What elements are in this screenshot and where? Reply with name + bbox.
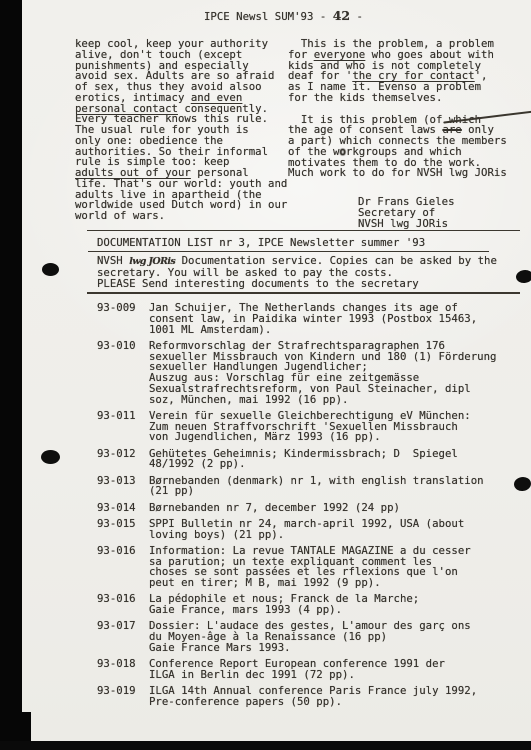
paragraph: It is this problem (of whichthe age of c… xyxy=(288,115,528,180)
item-number: 93-015 xyxy=(97,519,136,541)
item-number: 93-011 xyxy=(97,411,136,443)
list-item: 93-016Information: La revue TANTALE MAGA… xyxy=(97,546,527,589)
text-segment: Børnebanden (denmark) nr 1, with english… xyxy=(149,474,484,487)
text-line: ILGA in Berlin dec 1991 (72 pp). xyxy=(149,670,527,681)
list-item: 93-012Gehütetes Geheimnis; Kindermissbra… xyxy=(97,449,527,471)
text-line: Gaie France, mars 1993 (4 pp). xyxy=(149,605,527,616)
scanned-page: { "colors": {"paper": "#f0efeb", "ink": … xyxy=(0,0,531,750)
text-segment: for the kids themselves. xyxy=(288,91,442,104)
doc-list: 93-009Jan Schuijer, The Netherlands chan… xyxy=(97,303,527,713)
item-number: 93-016 xyxy=(97,546,136,589)
page-header-suffix: - xyxy=(350,10,363,23)
text-segment: peut en tirer; M B, mai 1992 (9 pp). xyxy=(149,576,381,589)
item-number: 93-016 xyxy=(97,594,136,616)
text-segment: Gaie France Mars 1993. xyxy=(149,641,291,654)
text-line: loving boys) (21 pp). xyxy=(149,530,527,541)
list-item: 93-018Conference Report European confere… xyxy=(97,659,527,681)
text-line: 1001 ML Amsterdam). xyxy=(149,325,527,336)
text-line: Much work to do for NVSH lwg JORis xyxy=(288,168,528,179)
text-line: NVSH lwg JORis xyxy=(358,219,528,230)
text-segment: 1001 ML Amsterdam). xyxy=(149,323,271,336)
text-segment: loving boys) (21 pp). xyxy=(149,528,284,541)
text-line: peut en tirer; M B, mai 1992 (9 pp). xyxy=(149,578,527,589)
text-segment: von Jugendlichen, März 1993 (16 pp). xyxy=(149,430,381,443)
text-segment: Pre-conference papers (50 pp). xyxy=(149,695,342,708)
item-text: Information: La revue TANTALE MAGAZINE a… xyxy=(149,546,527,589)
article-left-column: keep cool, keep your authorityalive, don… xyxy=(75,39,293,222)
list-item: 93-013Børnebanden (denmark) nr 1, with e… xyxy=(97,476,527,498)
scan-edge-left xyxy=(0,0,22,750)
text-line: (21 pp) xyxy=(149,486,527,497)
text-segment: (21 pp) xyxy=(149,484,194,497)
item-number: 93-014 xyxy=(97,503,136,514)
doc-intro: NVSH lwg JORis Documentation service. Co… xyxy=(97,256,497,289)
list-item: 93-011Verein für sexuelle Gleichberechti… xyxy=(97,411,527,443)
text-segment: ILGA in Berlin dec 1991 (72 pp). xyxy=(149,668,355,681)
item-text: SPPI Bulletin nr 24, march-april 1992, U… xyxy=(149,519,527,541)
item-text: Conference Report European conference 19… xyxy=(149,659,527,681)
item-text: Gehütetes Geheimnis; Kindermissbrach; D … xyxy=(149,449,527,471)
item-text: Børnebanden (denmark) nr 1, with english… xyxy=(149,476,527,498)
newsletter-title: IPCE Newsl SUM'93 - xyxy=(204,10,333,23)
item-text: ILGA 14th Annual conference Paris France… xyxy=(149,686,527,708)
item-text: Verein für sexuelle Gleichberechtigung e… xyxy=(149,411,527,443)
text-line: for the kids themselves. xyxy=(288,93,528,104)
list-item: 93-010Reformvorschlag der Strafrechtspar… xyxy=(97,341,527,406)
list-item: 93-015SPPI Bulletin nr 24, march-april 1… xyxy=(97,519,527,541)
divider xyxy=(87,292,520,294)
item-text: Reformvorschlag der Strafrechtsparagraph… xyxy=(149,341,527,406)
text-line: Pre-conference papers (50 pp). xyxy=(149,697,527,708)
text-line: PLEASE Send interesting documents to the… xyxy=(97,279,497,290)
text-line: Børnebanden (denmark) nr 1, with english… xyxy=(149,476,527,487)
item-number: 93-010 xyxy=(97,341,136,406)
item-number: 93-017 xyxy=(97,621,136,653)
text-segment: 48/1992 (2 pp). xyxy=(149,457,246,470)
heading-underline xyxy=(88,251,489,252)
list-item: 93-014Børnebanden nr 7, december 1992 (2… xyxy=(97,503,527,514)
item-number: 93-013 xyxy=(97,476,136,498)
item-number: 93-019 xyxy=(97,686,136,708)
signature-block: Dr Frans GielesSecretary ofNVSH lwg JORi… xyxy=(358,197,528,229)
paragraph: This is the problem, a problemfor everyo… xyxy=(288,39,528,104)
hole-punch-mark xyxy=(42,263,59,276)
text-segment: NVSH lwg JORis xyxy=(358,217,448,230)
text-segment: Gaie France, mars 1993 (4 pp). xyxy=(149,603,342,616)
item-text: Børnebanden nr 7, december 1992 (24 pp) xyxy=(149,503,527,514)
text-segment: world of wars. xyxy=(75,209,165,222)
list-item: 93-017Dossier: L'audace des gestes, L'am… xyxy=(97,621,527,653)
item-text: Jan Schuijer, The Netherlands changes it… xyxy=(149,303,527,335)
text-segment: soz, München, mai 1992 (16 pp). xyxy=(149,393,348,406)
text-line: world of wars. xyxy=(75,211,293,222)
item-number: 93-018 xyxy=(97,659,136,681)
text-line: soz, München, mai 1992 (16 pp). xyxy=(149,395,527,406)
text-line: 48/1992 (2 pp). xyxy=(149,459,527,470)
list-item: 93-009Jan Schuijer, The Netherlands chan… xyxy=(97,303,527,335)
text-segment: Much work to do for NVSH lwg JORis xyxy=(288,166,507,179)
text-line: Børnebanden nr 7, december 1992 (24 pp) xyxy=(149,503,527,514)
item-number: 93-009 xyxy=(97,303,136,335)
page-number: 42 xyxy=(333,8,350,23)
doc-list-heading: DOCUMENTATION LIST nr 3, IPCE Newsletter… xyxy=(97,238,425,249)
scan-edge-bottom xyxy=(0,741,531,750)
text-segment: Børnebanden nr 7, december 1992 (24 pp) xyxy=(149,501,400,514)
item-text: La pédophile et nous; Franck de la March… xyxy=(149,594,527,616)
list-item: 93-019ILGA 14th Annual conference Paris … xyxy=(97,686,527,708)
item-text: Dossier: L'audace des gestes, L'amour de… xyxy=(149,621,527,653)
text-line: von Jugendlichen, März 1993 (16 pp). xyxy=(149,432,527,443)
page-header: IPCE Newsl SUM'93 - 42 - xyxy=(204,11,363,23)
list-item: 93-016La pédophile et nous; Franck de la… xyxy=(97,594,527,616)
item-number: 93-012 xyxy=(97,449,136,471)
text-segment: PLEASE Send interesting documents to the… xyxy=(97,277,419,290)
text-line: Gaie France Mars 1993. xyxy=(149,643,527,654)
divider xyxy=(87,230,520,231)
hole-punch-mark xyxy=(41,450,60,464)
article-right-column: This is the problem, a problemfor everyo… xyxy=(288,39,528,229)
